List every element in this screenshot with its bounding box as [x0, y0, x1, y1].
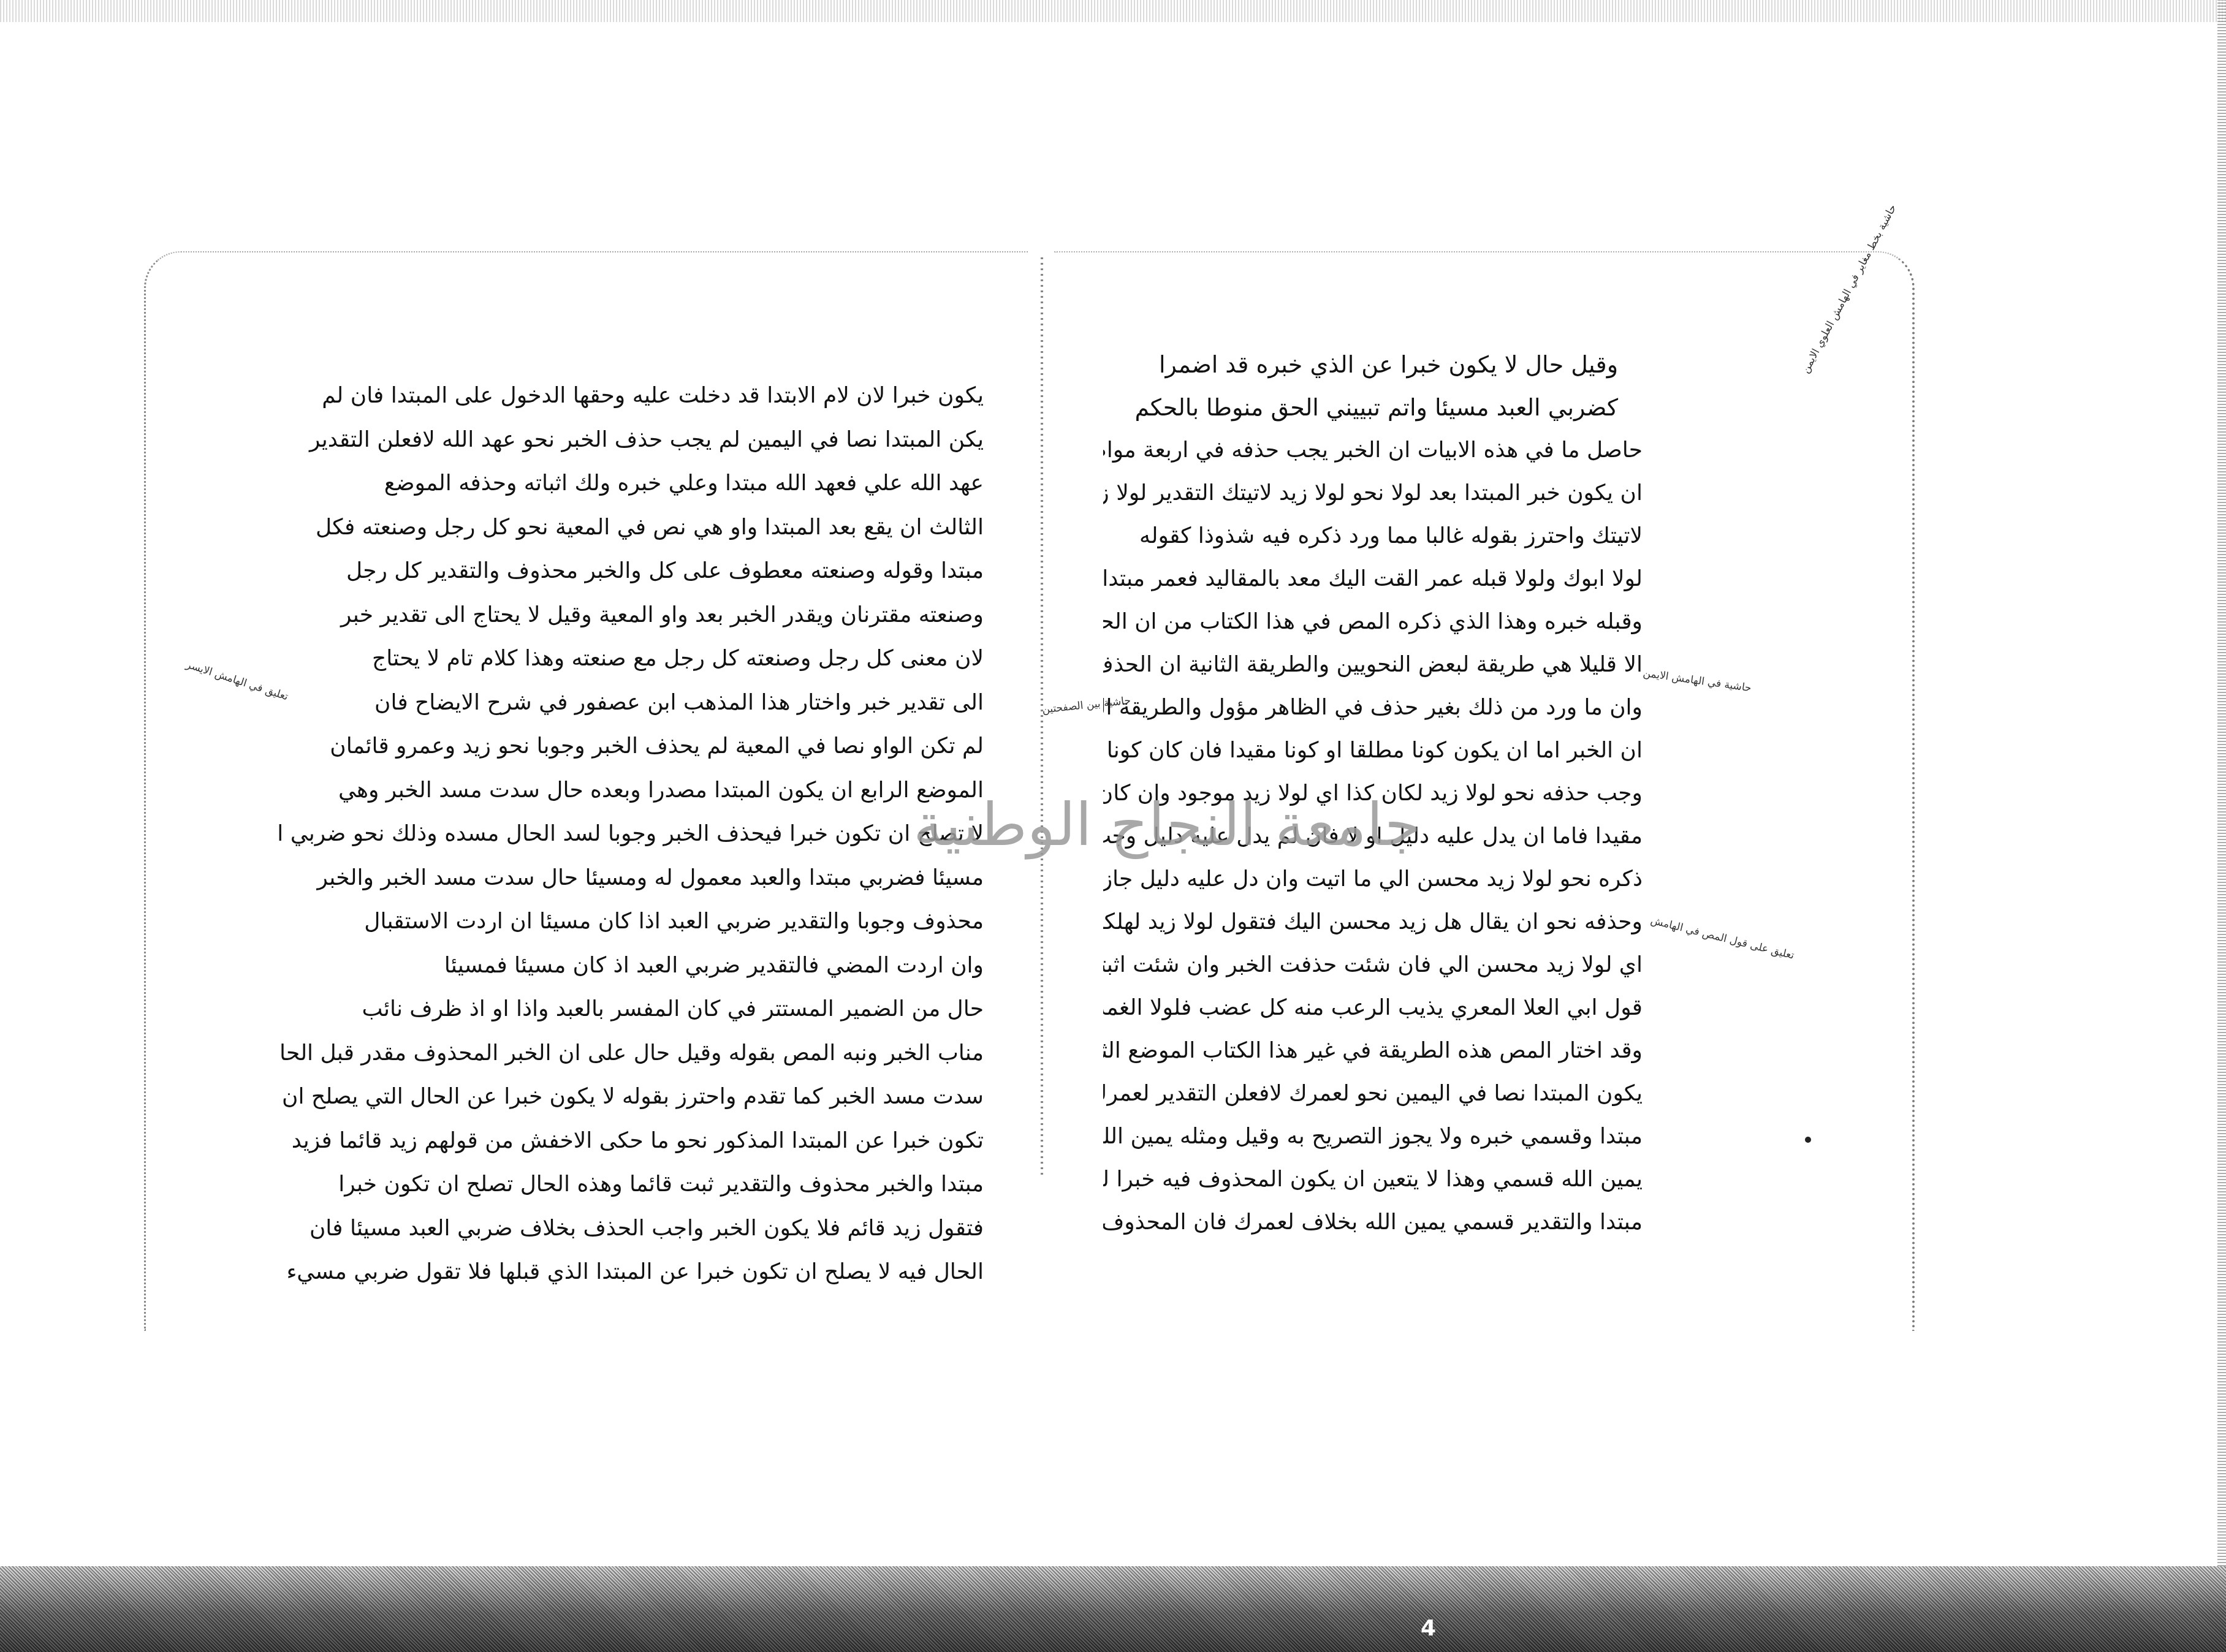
text-line: ذكره نحو لولا زيد محسن الي ما اتيت وان د… [1103, 858, 1643, 901]
text-line: محذوف وجوبا والتقدير ضربي العبد اذا كان … [279, 900, 984, 944]
verse-line: وقيل حال لا يكون خبرا عن الذي خبره قد اض… [1103, 343, 1643, 386]
text-line: مبتدا وقوله وصنعته معطوف على كل والخبر م… [279, 549, 984, 593]
text-line: حاصل ما في هذه الابيات ان الخبر يجب حذفه… [1103, 429, 1643, 472]
ink-dot [1805, 1137, 1811, 1143]
text-line: لاتيتك واحترز بقوله غالبا مما ورد ذكره ف… [1103, 515, 1643, 558]
text-line: حال من الضمير المستتر في كان المفسر بالع… [279, 987, 984, 1031]
text-line: الى تقدير خبر واختار هذا المذهب ابن عصفو… [279, 681, 984, 725]
text-line: وقد اختار المص هذه الطريقة في غير هذا ال… [1103, 1029, 1643, 1072]
text-line: اي لولا زيد محسن الي فان شئت حذفت الخبر … [1103, 944, 1643, 987]
scan-bottom-band [0, 1566, 2226, 1652]
folio-number: 4 [1421, 1616, 1436, 1641]
text-line: لان معنى كل رجل وصنعته كل رجل مع صنعته و… [279, 637, 984, 681]
text-line: مبتدا والخبر محذوف والتقدير ثبت قائما وه… [279, 1162, 984, 1207]
text-line: سدت مسد الخبر كما تقدم واحترز بقوله لا ي… [279, 1075, 984, 1119]
text-line: ان يكون خبر المبتدا بعد لولا نحو لولا زي… [1103, 472, 1643, 515]
text-line: الا قليلا هي طريقة لبعض النحويين والطريق… [1103, 643, 1643, 686]
text-line: وان اردت المضي فالتقدير ضربي العبد اذ كا… [279, 944, 984, 988]
text-line: وقبله خبره وهذا الذي ذكره المص في هذا ال… [1103, 601, 1643, 643]
text-line: مناب الخبر ونبه المص بقوله وقيل حال على … [279, 1031, 984, 1075]
text-line: قول ابي العلا المعري يذيب الرعب منه كل ع… [1103, 987, 1643, 1029]
book-gutter [1041, 257, 1043, 1176]
text-line: الثالث ان يقع بعد المبتدا واو هي نص في ا… [279, 506, 984, 550]
text-line: مبتدا والتقدير قسمي يمين الله بخلاف لعمر… [1103, 1201, 1643, 1244]
text-line: تكون خبرا عن المبتدا المذكور نحو ما حكى … [279, 1119, 984, 1163]
verse-line: كضربي العبد مسيئا واتم تبييني الحق منوطا… [1103, 386, 1643, 429]
text-line: الموضع الرابع ان يكون المبتدا مصدرا وبعد… [279, 768, 984, 813]
text-line: مبتدا وقسمي خبره ولا يجوز التصريح به وقي… [1103, 1115, 1643, 1158]
text-line: مسيئا فضربي مبتدا والعبد معمول له ومسيئا… [279, 856, 984, 900]
text-line: يكون المبتدا نصا في اليمين نحو لعمرك لاف… [1103, 1072, 1643, 1115]
text-line: عهد الله علي فعهد الله مبتدا وعلي خبره و… [279, 461, 984, 506]
text-line: وصنعته مقترنان ويقدر الخبر بعد واو المعي… [279, 593, 984, 637]
text-line: لولا ابوك ولولا قبله عمر القت اليك معد ب… [1103, 558, 1643, 601]
left-page-text: يكون خبرا لان لام الابتدا قد دخلت عليه و… [279, 374, 984, 1294]
text-line: وان ما ورد من ذلك بغير حذف في الظاهر مؤو… [1103, 686, 1643, 729]
text-line: يمين الله قسمي وهذا لا يتعين ان يكون الم… [1103, 1158, 1643, 1201]
text-line: ان الخبر اما ان يكون كونا مطلقا او كونا … [1103, 729, 1643, 772]
library-watermark: جامعة النجاح الوطنية [913, 790, 1421, 859]
scan-right-edge [2217, 0, 2226, 1652]
scan-top-edge [0, 0, 2226, 22]
text-line: يكون خبرا لان لام الابتدا قد دخلت عليه و… [279, 374, 984, 418]
text-line: فتقول زيد قائم فلا يكون الخبر واجب الحذف… [279, 1207, 984, 1251]
text-line: الحال فيه لا يصلح ان تكون خبرا عن المبتد… [279, 1250, 984, 1294]
text-line: لا تصلح ان تكون خبرا فيحذف الخبر وجوبا ل… [279, 812, 984, 856]
text-line: لم تكن الواو نصا في المعية لم يحذف الخبر… [279, 724, 984, 768]
text-line: يكن المبتدا نصا في اليمين لم يجب حذف الخ… [279, 418, 984, 462]
text-line: وحذفه نحو ان يقال هل زيد محسن اليك فتقول… [1103, 901, 1643, 944]
